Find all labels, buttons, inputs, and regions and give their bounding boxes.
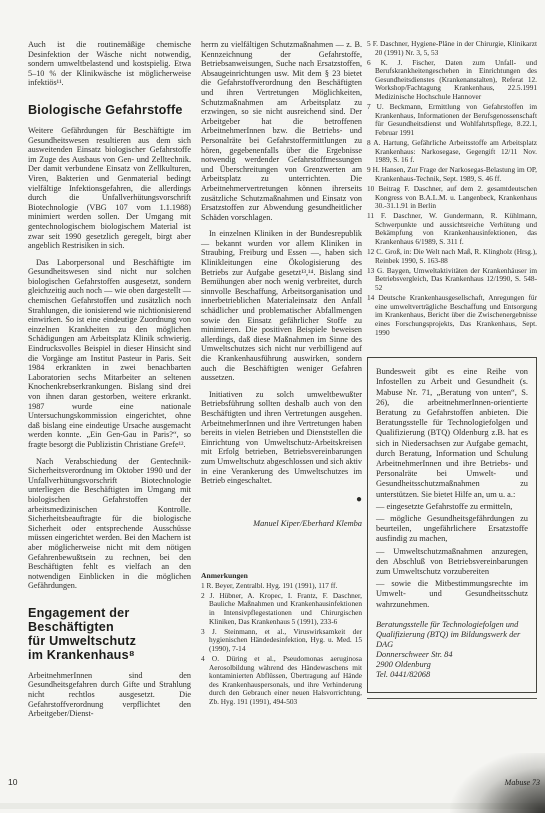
author-byline: Manuel Kiper/Eberhard Klemba (201, 519, 362, 529)
info-box-item: — eingesetzte Gefahrstoffe zu ermitteln, (376, 502, 528, 512)
info-box-address: Beratungsstelle für Technologiefolgen un… (376, 620, 528, 680)
scanned-magazine-page: Auch ist die routinemäßige chemische Des… (0, 0, 545, 813)
paragraph: Weitere Gefährdungen für Beschäftigte im… (28, 126, 191, 251)
paragraph: Das Laborpersonal und Beschäftigte im Ge… (28, 258, 191, 450)
reference: 14 Deutsche Krankenhausgesellschaft, Anr… (367, 294, 537, 337)
paragraph: Initiativen zu solch umweltbewußter Betr… (201, 390, 362, 486)
paragraph: Nach Verabschiedung der Gentechnik-Siche… (28, 457, 191, 591)
footnotes-heading: Anmerkungen (201, 571, 362, 580)
reference: 10 Beitrag F. Daschner, auf dem 2. gesam… (367, 185, 537, 211)
heading-engagement-umweltschutz: Engagement der Beschäftigten für Umwelts… (28, 606, 191, 662)
footnote: 2 J. Hübner, A. Kropec, I. Frantz, F. Da… (201, 592, 362, 626)
reference: 8 A. Hartung, Gefährliche Arbeitsstoffe … (367, 139, 537, 165)
reference: 7 U. Beckmann, Ermittlung von Gefahrstof… (367, 103, 537, 137)
info-box-item: — sowie die Mitbestimmungsrechte im Umwe… (376, 579, 528, 610)
column-middle: herrn zu vielfältigen Schutzmaßnahmen — … (201, 40, 362, 708)
paragraph: ArbeitnehmerInnen sind den Gesundheitsge… (28, 671, 191, 719)
reference: 9 H. Hansen, Zur Frage der Narkosegas-Be… (367, 166, 537, 183)
reference: 12 C. Groß, in: Die Welt nach Maß, R. Kl… (367, 248, 537, 265)
column-left: Auch ist die routinemäßige chemische Des… (28, 40, 191, 726)
column-right: 5 F. Daschner, Hygiene-Pläne in der Chir… (367, 40, 537, 699)
reference: 5 F. Daschner, Hygiene-Pläne in der Chir… (367, 40, 537, 57)
info-box-item: — mögliche Gesundheitsgefährdungen zu be… (376, 514, 528, 545)
info-box-item: — Umweltschutzmaßnahmen anzuregen, den A… (376, 547, 528, 578)
reference: 11 F. Daschner, W. Gundermann, R. Kühlma… (367, 212, 537, 246)
page-number: 10 (8, 777, 17, 787)
footnote: 4 O. Düring et al., Pseudomonas aerugino… (201, 655, 362, 707)
article-end-dot-icon: ● (356, 494, 362, 505)
divider-rule (367, 698, 537, 699)
footnote: 1 R. Beyer, Zentralbl. Hyg. 191 (1991), … (201, 582, 362, 591)
info-box-intro: Bundesweit gibt es eine Reihe von Infost… (376, 367, 528, 500)
article-end-line: ● (201, 489, 362, 507)
info-box-beratungsstellen: Bundesweit gibt es eine Reihe von Infost… (367, 357, 537, 693)
paragraph: herrn zu vielfältigen Schutzmaßnahmen — … (201, 40, 362, 222)
reference: 6 K. J. Fischer, Daten zum Unfall- und B… (367, 59, 537, 102)
footnote: 3 J. Steinmann, et al., Viruswirksamkeit… (201, 628, 362, 654)
paragraph: In einzelnen Kliniken in der Bundesrepub… (201, 229, 362, 383)
journal-footer-label: Mabuse 73 (505, 778, 540, 787)
intro-paragraph: Auch ist die routinemäßige chemische Des… (28, 40, 191, 88)
reference: 13 G. Baygen, Umweltaktivitäten der Kran… (367, 267, 537, 293)
heading-biologische-gefahrstoffe: Biologische Gefahrstoffe (28, 103, 191, 117)
